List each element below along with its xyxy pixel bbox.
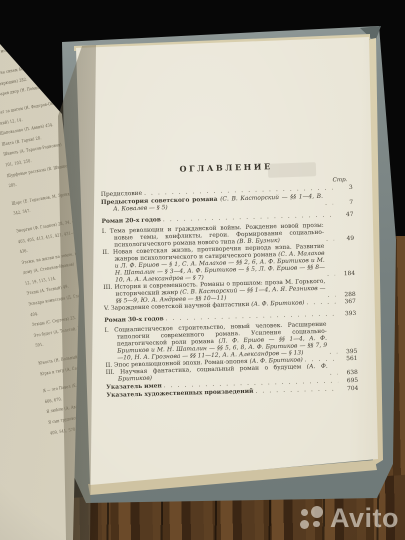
dot-leader <box>304 299 336 307</box>
dot-leader <box>325 271 335 278</box>
toc-page-number: 7 <box>333 200 353 208</box>
toc-page-number: 184 <box>335 271 355 279</box>
toc-page-number: 561 <box>337 356 357 364</box>
dot-leader <box>324 236 334 243</box>
book-photo: чудеса мои (А. Белый) 604, 656,658.Чудо … <box>0 0 405 540</box>
toc-page-number: 695 <box>338 378 358 386</box>
toc-entries: Предисловие3Предыстория советского роман… <box>101 185 359 400</box>
dot-leader <box>328 370 338 377</box>
toc-page-number: 638 <box>338 370 358 378</box>
watermark-label: Avito <box>330 505 399 532</box>
toc-page-number: 49 <box>334 236 354 244</box>
toc-page-number: 47 <box>333 211 353 219</box>
avito-watermark: Avito <box>300 505 399 532</box>
toc-page-number: 704 <box>338 386 358 394</box>
toc-page-number: 367 <box>336 299 356 307</box>
dot-leader <box>323 201 333 208</box>
dot-leader <box>164 311 337 323</box>
dot-leader <box>161 212 334 224</box>
toc-entry-text: Роман 30-х годов <box>104 315 164 325</box>
toc-entry-text: Роман 20-х годов <box>101 216 161 226</box>
table-of-contents: ОГЛАВЛЕНИЕ Стр. Предисловие3Предыстория … <box>100 159 358 400</box>
toc-page-number: 393 <box>336 310 356 318</box>
toc-page-number: 3 <box>333 185 353 193</box>
avito-logo-icon <box>300 506 326 532</box>
